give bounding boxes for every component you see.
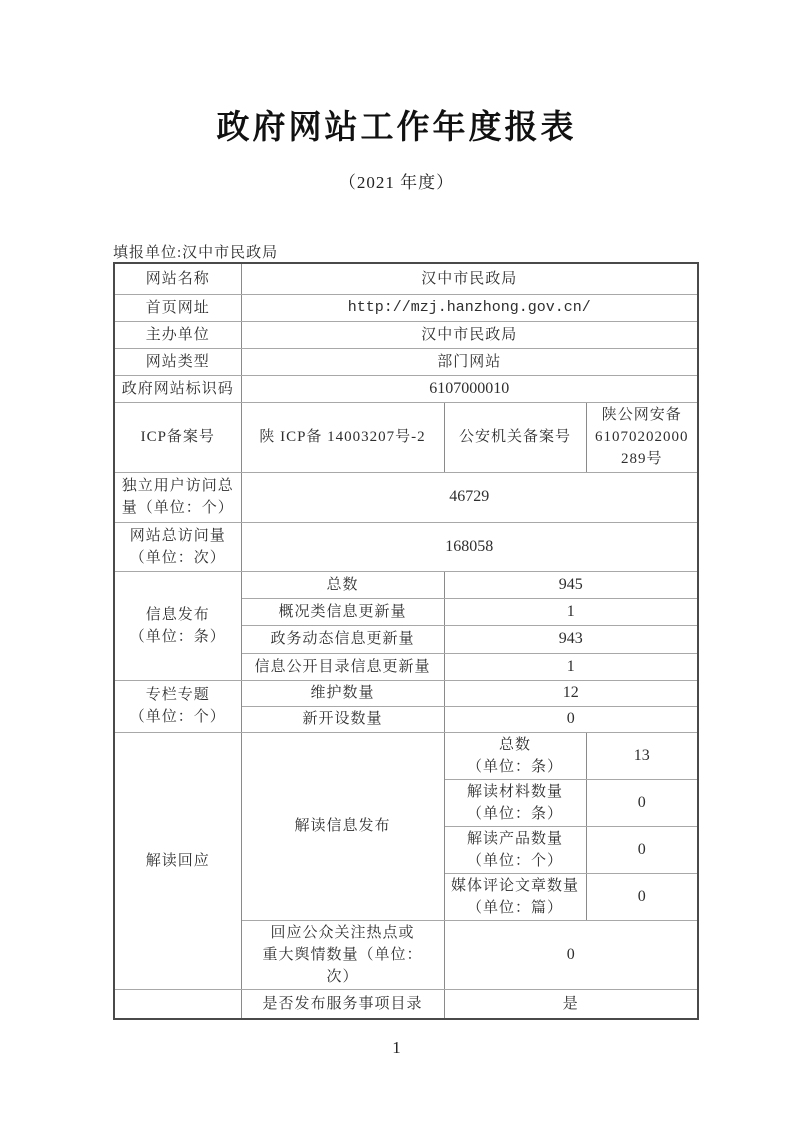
site-type-value: 部门网站	[241, 348, 698, 375]
report-year-subtitle: （2021 年度）	[0, 168, 793, 193]
service-directory-label: 是否发布服务事项目录	[241, 989, 444, 1019]
interpretation-materials-value: 0	[586, 779, 698, 826]
homepage-label: 首页网址	[114, 294, 241, 321]
disclosure-directory-updates-label: 信息公开目录信息更新量	[241, 653, 444, 680]
organizer-value: 汉中市民政局	[241, 321, 698, 348]
disclosure-directory-updates-value: 1	[444, 653, 698, 680]
newly-opened-count-label: 新开设数量	[241, 706, 444, 732]
icp-label: ICP备案号	[114, 402, 241, 472]
gov-news-updates-value: 943	[444, 625, 698, 653]
site-code-value: 6107000010	[241, 375, 698, 402]
maintained-count-value: 12	[444, 680, 698, 706]
icp-value: 陕 ICP备 14003207号-2	[241, 402, 444, 472]
unique-visitors-label: 独立用户访问总 量（单位：个）	[114, 472, 241, 522]
special-topics-section-label: 专栏专题 （单位：个）	[114, 680, 241, 732]
media-commentary-value: 0	[586, 873, 698, 920]
site-code-label: 政府网站标识码	[114, 375, 241, 402]
interpretation-section-label: 解读回应	[114, 732, 241, 989]
gov-news-updates-label: 政务动态信息更新量	[241, 625, 444, 653]
overview-updates-label: 概况类信息更新量	[241, 598, 444, 625]
empty-section-cell	[114, 989, 241, 1019]
public-response-value: 0	[444, 920, 698, 989]
homepage-url: http://mzj.hanzhong.gov.cn/	[241, 294, 698, 321]
police-record-value: 陕公网安备 61070202000 289号	[586, 402, 698, 472]
unique-visitors-value: 46729	[241, 472, 698, 522]
page-title: 政府网站工作年度报表	[0, 101, 793, 148]
total-visits-label: 网站总访问量 （单位：次）	[114, 522, 241, 571]
annual-report-table: 网站名称 汉中市民政局 首页网址 http://mzj.hanzhong.gov…	[113, 262, 699, 1020]
organizer-label: 主办单位	[114, 321, 241, 348]
interpretation-info-release-label: 解读信息发布	[241, 732, 444, 920]
site-name-value: 汉中市民政局	[241, 263, 698, 294]
interpretation-total-label: 总数 （单位：条）	[444, 732, 586, 779]
info-release-section-label: 信息发布 （单位：条）	[114, 571, 241, 680]
info-release-total-value: 945	[444, 571, 698, 598]
newly-opened-count-value: 0	[444, 706, 698, 732]
interpretation-total-value: 13	[586, 732, 698, 779]
interpretation-materials-label: 解读材料数量 （单位：条）	[444, 779, 586, 826]
interpretation-products-label: 解读产品数量 （单位：个）	[444, 826, 586, 873]
overview-updates-value: 1	[444, 598, 698, 625]
maintained-count-label: 维护数量	[241, 680, 444, 706]
service-directory-value: 是	[444, 989, 698, 1019]
site-type-label: 网站类型	[114, 348, 241, 375]
interpretation-products-value: 0	[586, 826, 698, 873]
site-name-label: 网站名称	[114, 263, 241, 294]
report-page: 政府网站工作年度报表 （2021 年度） 填报单位:汉中市民政局 网站名称 汉中…	[0, 0, 793, 1121]
total-visits-value: 168058	[241, 522, 698, 571]
info-release-total-label: 总数	[241, 571, 444, 598]
public-response-label: 回应公众关注热点或 重大舆情数量（单位： 次）	[241, 920, 444, 989]
page-number: 1	[0, 1038, 793, 1058]
police-record-label: 公安机关备案号	[444, 402, 586, 472]
media-commentary-label: 媒体评论文章数量 （单位：篇）	[444, 873, 586, 920]
filing-unit-line: 填报单位:汉中市民政局	[113, 241, 278, 262]
